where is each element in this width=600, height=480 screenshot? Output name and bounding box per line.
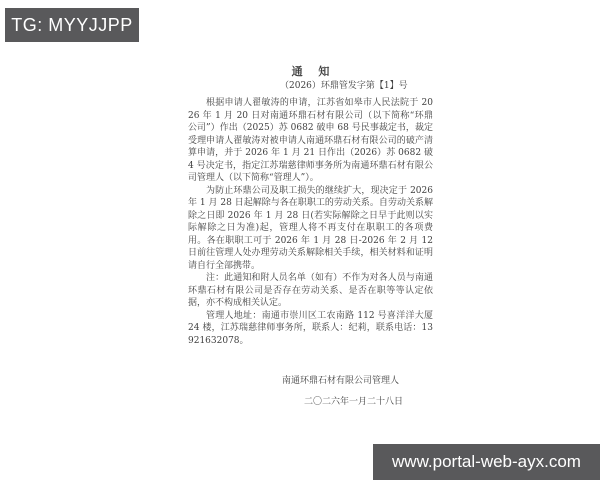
document-number: （2026）环鼎管发字第【1】号 <box>188 80 433 93</box>
date-line: 二〇二六年一月二十八日 <box>188 396 433 409</box>
paragraph-intro: 根据申请人翟敏涛的申请，江苏省如皋市人民法院于 2026 年 1 月 20 日对… <box>188 97 433 185</box>
paragraph-contact: 管理人地址：南通市崇川区工农南路 112 号喜洋洋大厦 24 楼，江苏瑞慈律师事… <box>188 310 433 348</box>
telegram-badge: TG: MYYJJPP <box>5 8 139 42</box>
document-title: 通 知 <box>188 64 433 79</box>
paragraph-termination: 为防止环鼎公司及职工损失的继续扩大，现决定于 2026 年 1 月 28 日起解… <box>188 185 433 273</box>
notice-document: 通 知 （2026）环鼎管发字第【1】号 根据申请人翟敏涛的申请，江苏省如皋市人… <box>188 64 433 409</box>
paragraph-note: 注：此通知和附人员名单（如有）不作为对各人员与南通环鼎石材有限公司是否存在劳动关… <box>188 272 433 310</box>
watermark-url: www.portal-web-ayx.com <box>373 444 600 480</box>
signature-line: 南通环鼎石材有限公司管理人 <box>188 375 433 388</box>
